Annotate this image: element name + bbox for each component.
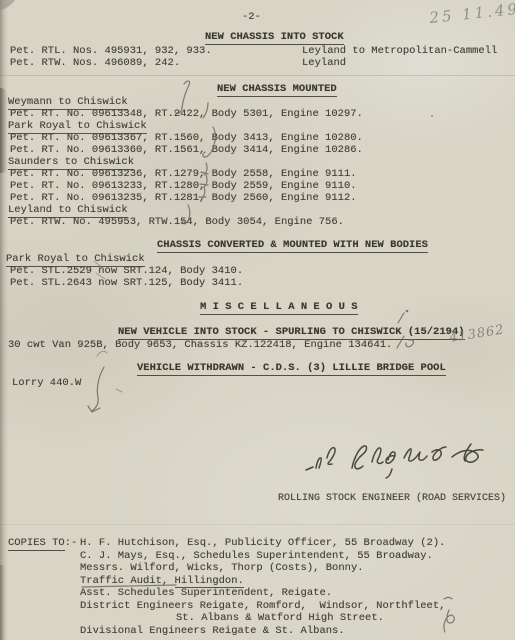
- handwritten-date: 25 11.49: [428, 0, 515, 27]
- page-number: -2-: [242, 11, 261, 23]
- pen-tick: [97, 351, 107, 356]
- section-heading-miscellaneous: M I S C E L L A N E O U S: [200, 301, 358, 315]
- copies-label: COPIES TO:-: [8, 537, 84, 551]
- pen-arrow-bracket: [88, 367, 104, 412]
- memo-line: Pet. RT. No. 09613236, RT.1279, Body 255…: [10, 168, 357, 180]
- stock-row-left: Pet. RTW. Nos. 496089, 242.: [10, 57, 180, 69]
- memo-line: 30 cwt Van 925B, Body 9653, Chassis KZ.1…: [8, 339, 392, 351]
- copies-item: District Engineers Reigate, Romford, Win…: [80, 600, 445, 612]
- pen-dot: [431, 115, 433, 117]
- pen-dash: [116, 389, 122, 392]
- memo-line: Pet. STL.2643 now SRT.125, Body 3411.: [10, 277, 243, 289]
- signature-stroke: [432, 447, 446, 460]
- scan-smudge: [0, 88, 7, 173]
- stock-row-right: Leyland to Metropolitan-Cammell: [302, 45, 497, 57]
- signature-stroke: [316, 448, 335, 468]
- paper-crease: [0, 524, 515, 525]
- copies-item: Divisional Engineers Reigate & St. Alban…: [80, 625, 345, 637]
- copies-item-indented: St. Albans & Watford High Street.: [176, 612, 384, 624]
- pen-squiggle: [444, 598, 454, 633]
- paper-crease: [0, 75, 515, 76]
- stock-row-right: Leyland: [302, 57, 346, 69]
- signature-stroke: [452, 444, 483, 462]
- section-heading-new-chassis-into-stock: NEW CHASSIS INTO STOCK: [205, 31, 344, 45]
- signature-stroke: [372, 448, 383, 464]
- memo-line: Pet. RT. No. 09613233, RT.1280, Body 255…: [10, 180, 357, 192]
- signature-stroke: [352, 446, 367, 469]
- copies-item: C. J. Mays, Esq., Schedules Superintende…: [80, 550, 433, 562]
- memo-line: Pet. RT. No. 09613367, RT.1560, Body 341…: [10, 132, 363, 144]
- section-heading-chassis-converted: CHASSIS CONVERTED & MOUNTED WITH NEW BOD…: [157, 239, 428, 253]
- memo-line: Pet. RT. No. 09613360, RT.1561, Body 341…: [10, 144, 363, 156]
- section-heading-new-chassis-mounted: NEW CHASSIS MOUNTED: [217, 83, 337, 97]
- signature-title: ROLLING STOCK ENGINEER (ROAD SERVICES): [278, 493, 506, 505]
- signature: [306, 444, 483, 478]
- memo-line: Pet. RT. No. 09613235, RT.1281, Body 256…: [10, 192, 357, 204]
- memo-line: Pet. RT. No. 09613348, RT.2422, Body 530…: [10, 108, 363, 120]
- memo-line: Lorry 440.W: [12, 377, 81, 389]
- signature-stroke: [306, 467, 313, 470]
- copies-item: Traffic Audit, Hillingdon.: [80, 575, 244, 589]
- pen-dot: [406, 310, 409, 313]
- memo-line: Pet. STL.2529 now SRT.124, Body 3410.: [10, 265, 243, 277]
- scanned-memo-page: -2- NEW CHASSIS INTO STOCK Pet. RTL. Nos…: [0, 0, 515, 640]
- memo-line: Pet. RTW. No. 495953, RTW.154, Body 3054…: [10, 216, 344, 228]
- copies-item: H. F. Hutchison, Esq., Publicity Officer…: [80, 537, 445, 549]
- pen-slash: [398, 313, 404, 323]
- signature-stroke: [404, 449, 427, 461]
- heading-new-vehicle-into-stock: NEW VEHICLE INTO STOCK - SPURLING TO CHI…: [118, 326, 465, 340]
- copies-item: Messrs. Wilford, Wicks, Thorp (Costs), B…: [80, 562, 364, 574]
- signature-stroke: [386, 452, 395, 478]
- stock-row-left: Pet. RTL. Nos. 495931, 932, 933.: [10, 45, 212, 57]
- heading-vehicle-withdrawn: VEHICLE WITHDRAWN - C.D.S. (3) LILLIE BR…: [137, 362, 446, 376]
- scan-smudge: [0, 565, 5, 640]
- copies-item: Asst. Schedules Superintendent, Reigate.: [80, 587, 332, 599]
